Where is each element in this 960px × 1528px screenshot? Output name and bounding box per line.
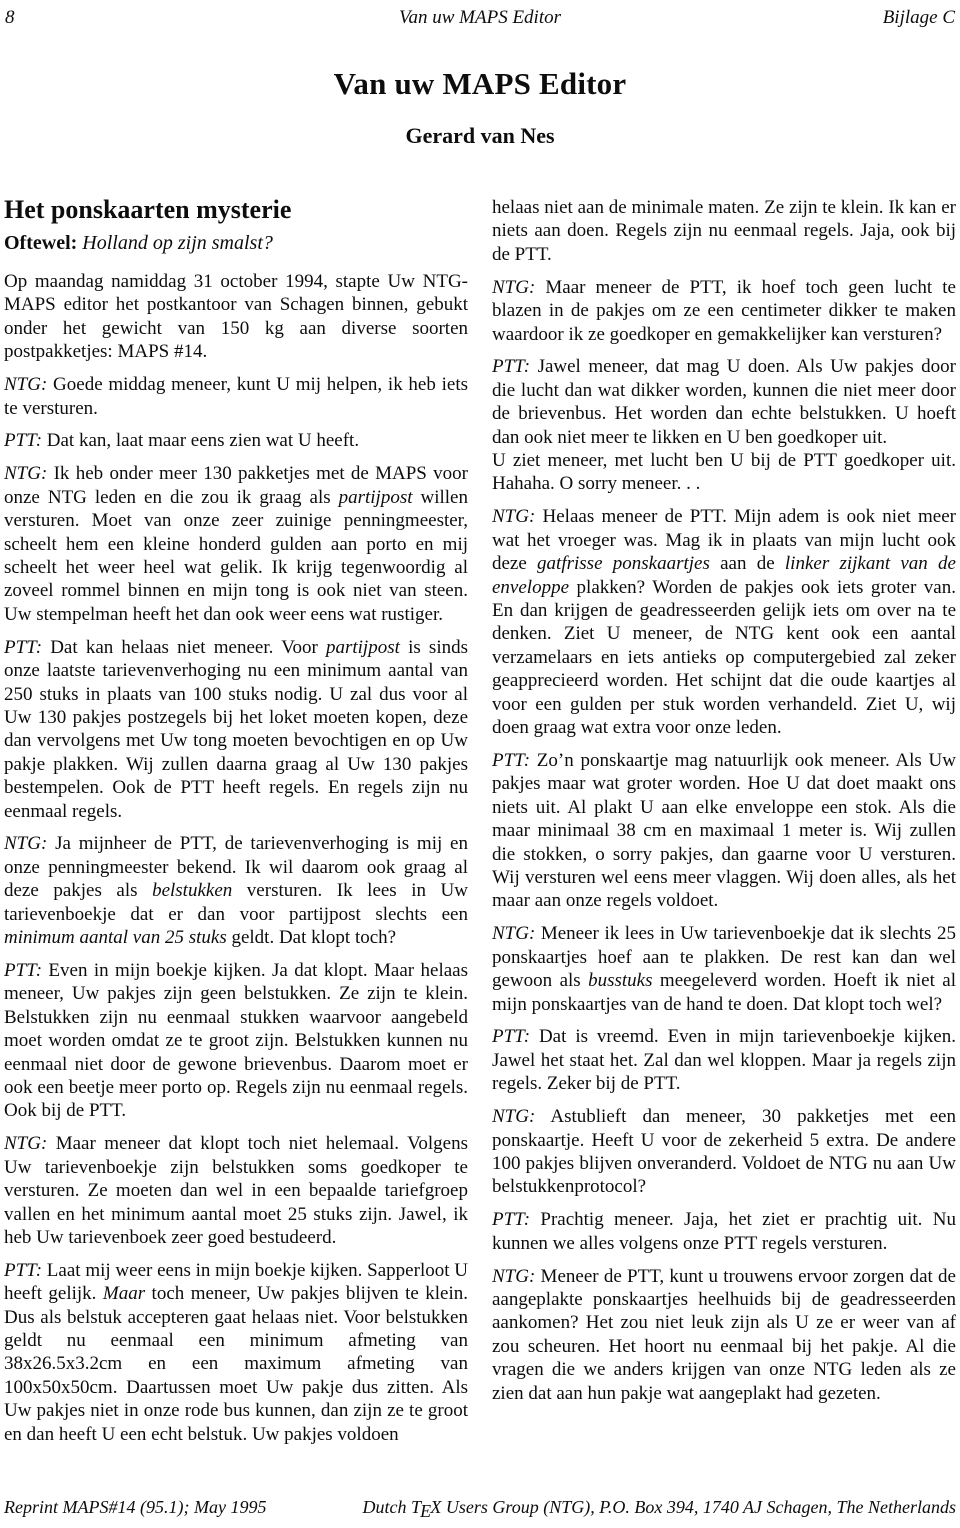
text-run: Holland op zijn smalst? — [82, 232, 273, 254]
dialogue-paragraph: PTT: Laat mij weer eens in mijn boekje k… — [4, 1259, 468, 1446]
text-run: Maar meneer de PTT, ik hoef toch geen lu… — [492, 277, 956, 345]
text-run: Dat kan helaas niet meneer. Voor — [42, 637, 326, 658]
text-run: Zo’n ponskaartje mag natuurlijk ook mene… — [492, 750, 956, 911]
text-run: E — [420, 1501, 431, 1522]
text-run: Dat kan, laat maar eens zien wat U heeft… — [42, 430, 359, 451]
dialogue-paragraph: PTT: Dat kan, laat maar eens zien wat U … — [4, 429, 468, 452]
continuation-paragraph: helaas niet aan de minimale maten. Ze zi… — [492, 196, 956, 266]
left-column: Het ponskaarten mysterieOftewel: Holland… — [4, 196, 468, 1466]
page-number: 8 — [5, 7, 399, 29]
text-run: plakken? Worden de pakjes ook iets grote… — [492, 577, 956, 738]
text-run: geldt. Dat klopt toch? — [227, 927, 396, 948]
text-run: minimum aantal van 25 stuks — [4, 927, 227, 948]
dialogue-paragraph: PTT: Zo’n ponskaartje mag natuurlijk ook… — [492, 749, 956, 913]
document-page: { "header": { "page_number": "8", "runni… — [0, 0, 960, 1528]
dialogue-paragraph: NTG: Helaas meneer de PTT. Mijn adem is … — [492, 505, 956, 739]
dialogue-paragraph: NTG: Ik heb onder meer 130 pakketjes met… — [4, 462, 468, 626]
speaker-label: PTT: — [492, 750, 530, 771]
speaker-label: NTG: — [4, 374, 47, 395]
dialogue-paragraph: PTT: Prachtig meneer. Jaja, het ziet er … — [492, 1208, 956, 1255]
text-run: is sinds onze laatste tarievenverhoging … — [4, 637, 468, 822]
section-subheading: Oftewel: Holland op zijn smalst? — [4, 232, 468, 255]
speaker-label: PTT: — [492, 1026, 530, 1047]
text-run: busstuks — [588, 970, 652, 991]
text-run: partijpost — [326, 637, 400, 658]
text-run: Even in mijn boekje kijken. Ja dat klopt… — [4, 960, 468, 1121]
dialogue-paragraph: NTG: Ja mijnheer de PTT, de tarievenverh… — [4, 832, 468, 949]
dialogue-paragraph: NTG: Astublieft dan meneer, 30 pakketjes… — [492, 1105, 956, 1199]
speaker-label: PTT: — [492, 356, 530, 377]
dialogue-paragraph: PTT: Dat kan helaas niet meneer. Voor pa… — [4, 636, 468, 823]
speaker-label: NTG: — [4, 833, 47, 854]
footer-publisher-address: Dutch TEX Users Group (NTG), P.O. Box 39… — [362, 1497, 956, 1518]
text-run: Maar meneer dat klopt toch niet helemaal… — [4, 1133, 468, 1248]
text-run: Astublieft dan meneer, 30 pakketjes met … — [492, 1106, 956, 1197]
dialogue-paragraph: NTG: Maar meneer dat klopt toch niet hel… — [4, 1132, 468, 1249]
intro-paragraph: Op maandag namiddag 31 october 1994, sta… — [4, 270, 468, 364]
text-run: belstukken — [152, 880, 232, 901]
text-run: Op maandag namiddag 31 october 1994, sta… — [4, 271, 468, 362]
section-heading: Het ponskaarten mysterie — [4, 196, 468, 225]
speaker-label: NTG: — [492, 506, 535, 527]
running-header: 8 Van uw MAPS Editor Bijlage C — [0, 0, 960, 29]
speaker-label: NTG: — [4, 1133, 47, 1154]
dialogue-paragraph: PTT: Dat is vreemd. Even in mijn tarieve… — [492, 1025, 956, 1095]
dialogue-paragraph: PTT: Even in mijn boekje kijken. Ja dat … — [4, 959, 468, 1123]
speaker-label: PTT: — [4, 1260, 42, 1281]
speaker-label: NTG: — [4, 463, 47, 484]
text-run: Maar — [103, 1283, 145, 1304]
author-name: Gerard van Nes — [0, 123, 960, 149]
speaker-label: PTT: — [4, 960, 42, 981]
text-run: X Users Group (NTG), P.O. Box 394, 1740 … — [430, 1497, 956, 1517]
text-run: Jawel meneer, dat mag U doen. Als Uw pak… — [492, 356, 956, 447]
section-reference: Bijlage C — [561, 7, 955, 29]
dialogue-paragraph: NTG: Meneer ik lees in Uw tarievenboekje… — [492, 922, 956, 1016]
speaker-label: NTG: — [492, 1106, 535, 1127]
page-footer: Reprint MAPS#14 (95.1); May 1995 Dutch T… — [4, 1497, 956, 1518]
speaker-label: PTT: — [4, 637, 42, 658]
text-run: Prachtig meneer. Jaja, het ziet er prach… — [492, 1209, 956, 1253]
speaker-label: PTT: — [492, 1209, 530, 1230]
right-column: helaas niet aan de minimale maten. Ze zi… — [492, 196, 956, 1466]
speaker-label: NTG: — [492, 277, 535, 298]
dialogue-paragraph: NTG: Maar meneer de PTT, ik hoef toch ge… — [492, 276, 956, 346]
text-run: gatfrisse ponskaartjes — [537, 553, 710, 574]
dialogue-paragraph: NTG: Meneer de PTT, kunt u trouwens ervo… — [492, 1265, 956, 1405]
two-column-body: Het ponskaarten mysterieOftewel: Holland… — [4, 196, 956, 1466]
text-run: U ziet meneer, met lucht ben U bij de PT… — [492, 450, 956, 494]
page-title: Van uw MAPS Editor — [0, 66, 960, 102]
dialogue-paragraph: NTG: Goede middag meneer, kunt U mij hel… — [4, 373, 468, 420]
text-run: Dat is vreemd. Even in mijn tarievenboek… — [492, 1026, 956, 1094]
speaker-label: PTT: — [4, 430, 42, 451]
text-run: Oftewel: — [4, 232, 77, 254]
text-run: helaas niet aan de minimale maten. Ze zi… — [492, 197, 956, 265]
text-run: Goede middag meneer, kunt U mij helpen, … — [4, 374, 468, 418]
speaker-label: NTG: — [492, 1266, 535, 1287]
footer-reprint-info: Reprint MAPS#14 (95.1); May 1995 — [4, 1497, 266, 1518]
text-run: Meneer de PTT, kunt u trouwens ervoor zo… — [492, 1266, 956, 1404]
running-title: Van uw MAPS Editor — [399, 7, 561, 29]
dialogue-paragraph: PTT: Jawel meneer, dat mag U doen. Als U… — [492, 355, 956, 495]
text-run: Dutch T — [362, 1497, 421, 1517]
speaker-label: NTG: — [492, 923, 535, 944]
text-run: partijpost — [339, 487, 413, 508]
text-run: aan de — [710, 553, 785, 574]
text-run: toch meneer, Uw pakjes blijven te klein.… — [4, 1283, 468, 1444]
